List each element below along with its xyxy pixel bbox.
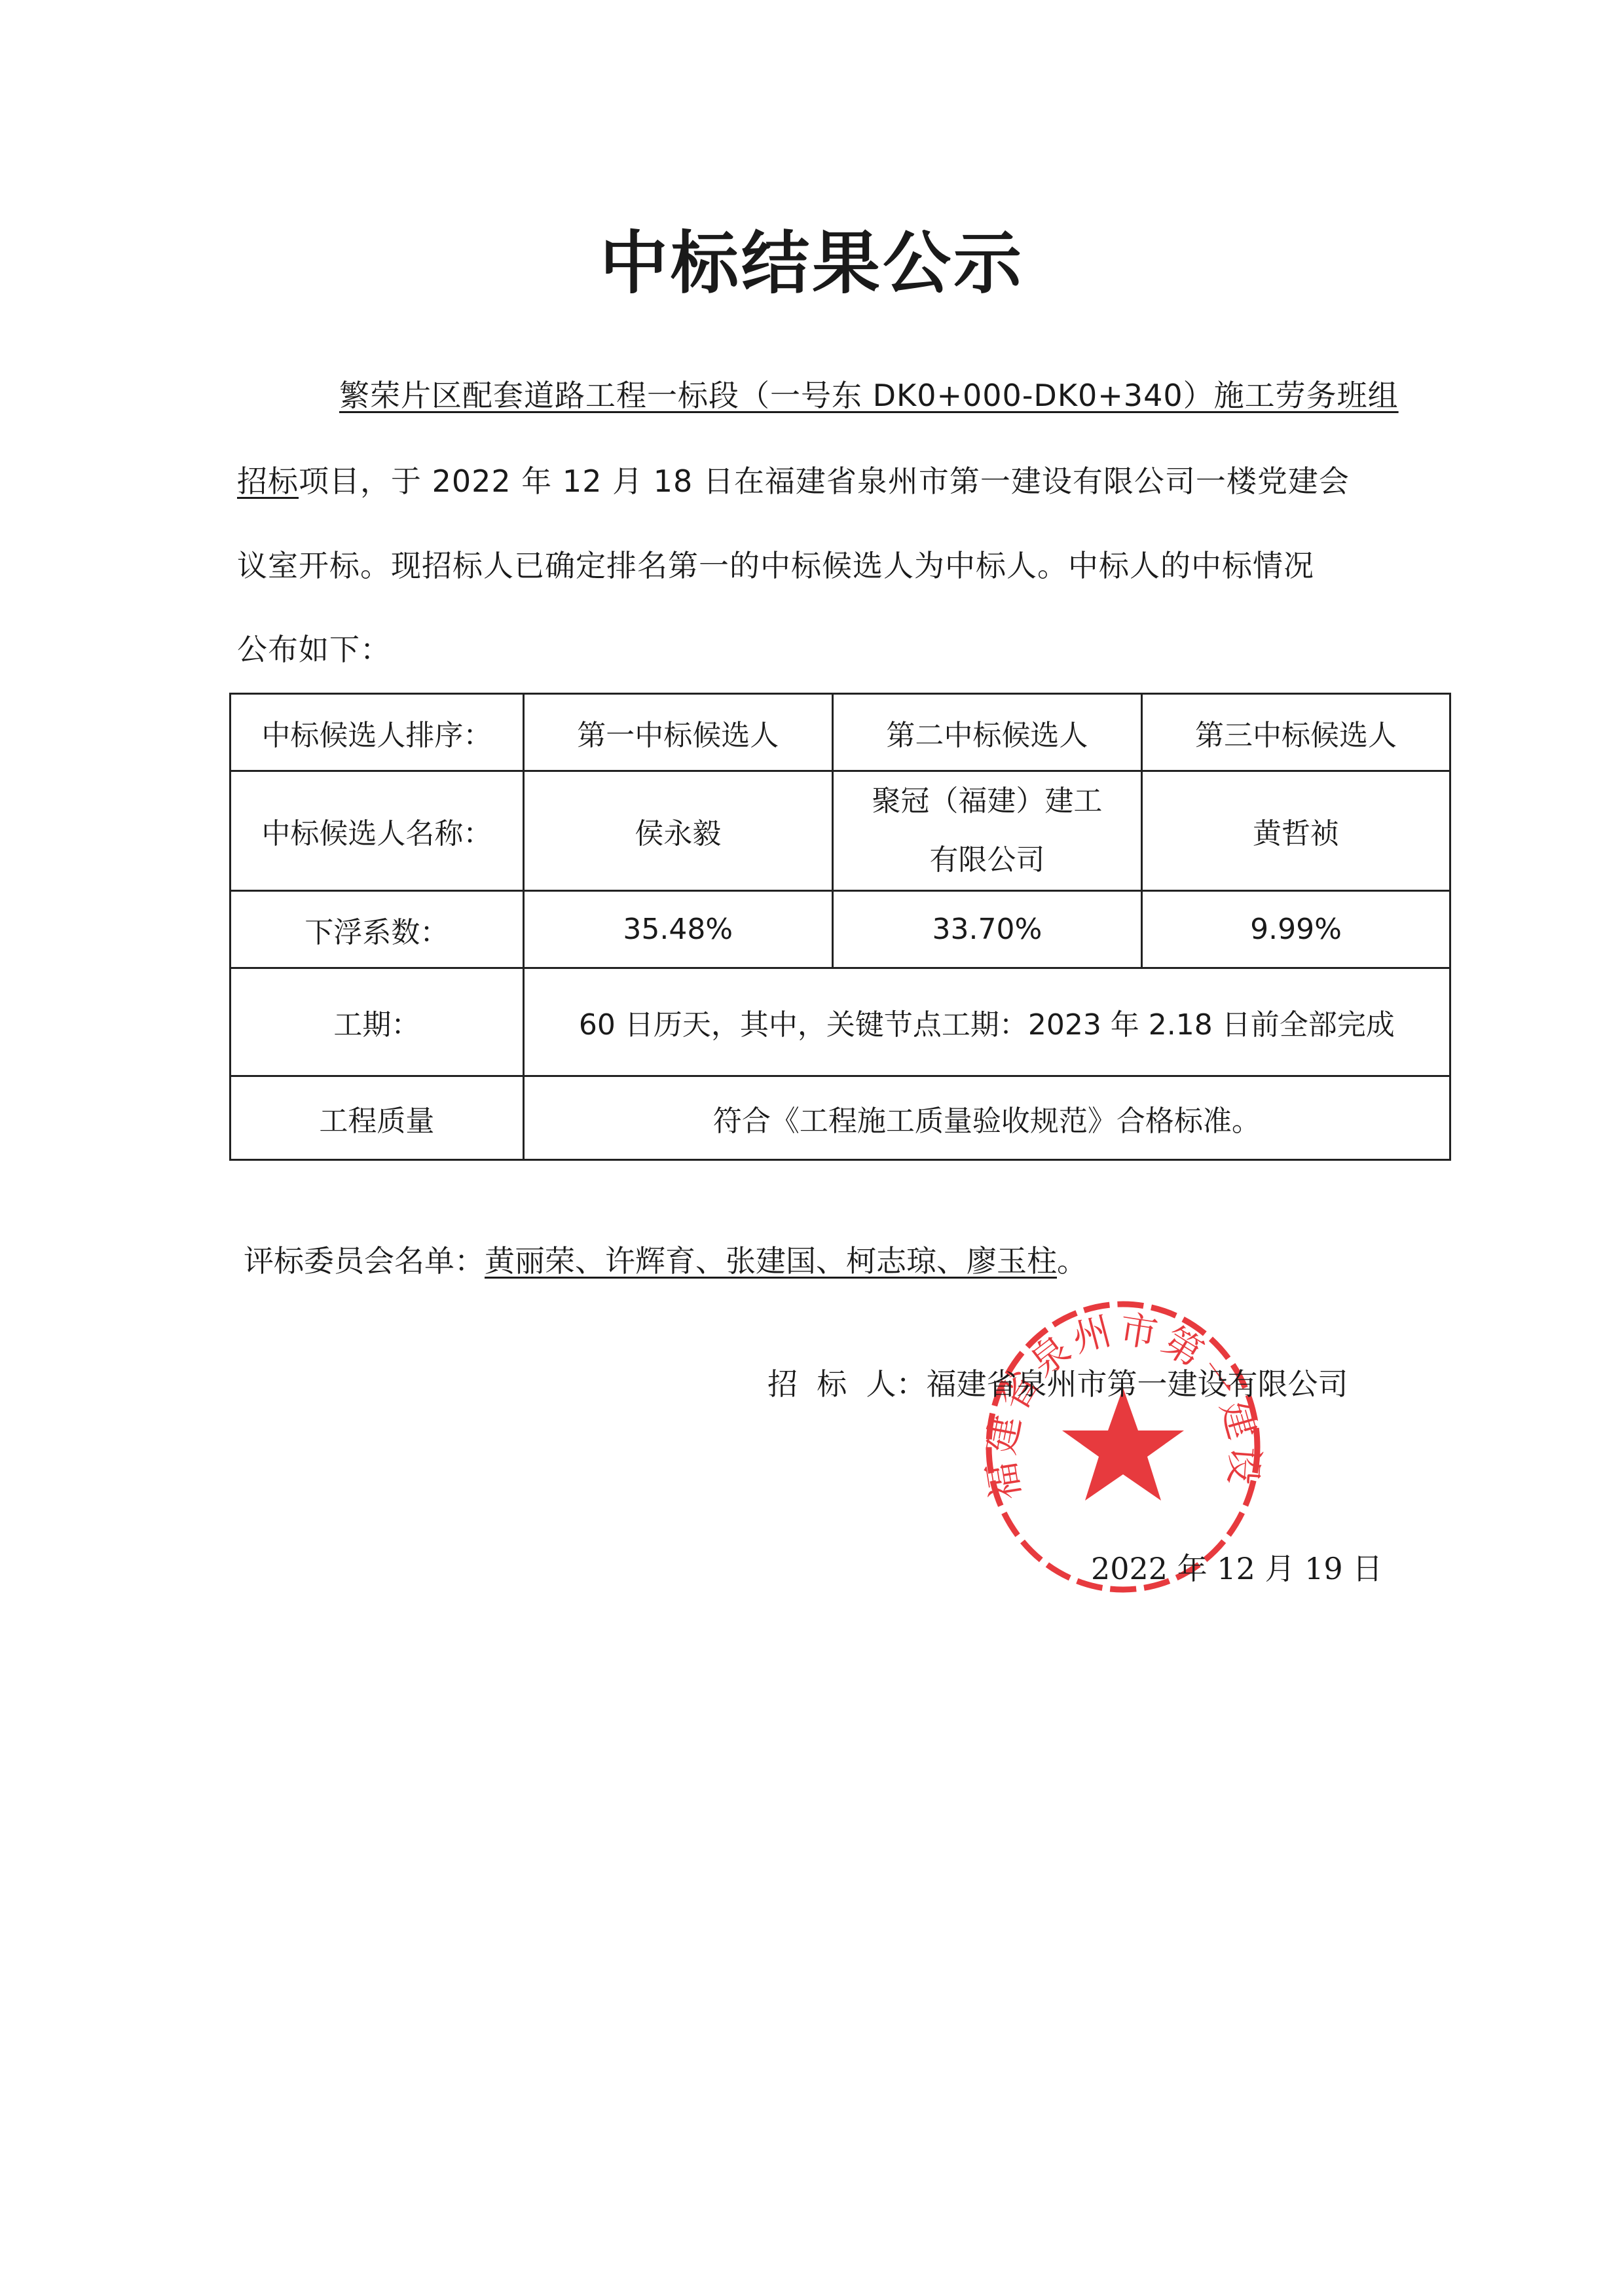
committee-end: 。 bbox=[1057, 1243, 1087, 1279]
table-row-ranking: 中标候选人排序： 第一中标候选人 第二中标候选人 第三中标候选人 bbox=[231, 694, 1450, 771]
table-cell: 60 日历天，其中，关键节点工期：2023 年 2.18 日前全部完成 bbox=[523, 968, 1450, 1076]
signatory-label: 招 标 人： bbox=[767, 1366, 927, 1402]
row-label: 中标候选人排序： bbox=[231, 694, 524, 771]
row-label: 中标候选人名称： bbox=[231, 771, 524, 891]
table-cell: 33.70% bbox=[832, 891, 1141, 968]
page-title: 中标结果公示 bbox=[0, 208, 1624, 306]
row-label: 工程质量 bbox=[231, 1076, 524, 1160]
table-cell: 35.48% bbox=[523, 891, 832, 968]
table-cell: 符合《工程施工质量验收规范》合格标准。 bbox=[523, 1076, 1450, 1160]
table-cell: 第一中标候选人 bbox=[523, 694, 832, 771]
bidding-underlined: 招标 bbox=[237, 464, 299, 499]
table-row-names: 中标候选人名称： 侯永毅 聚冠（福建）建工 有限公司 黄哲祯 bbox=[231, 771, 1450, 891]
committee-members: 黄丽荣、许辉育、张建国、柯志琼、廖玉柱 bbox=[485, 1243, 1057, 1279]
committee-label: 评标委员会名单： bbox=[244, 1243, 485, 1279]
table-cell: 第二中标候选人 bbox=[832, 694, 1141, 771]
signature-date: 2022 年 12 月 19 日 bbox=[1091, 1545, 1382, 1588]
table-cell: 黄哲祯 bbox=[1142, 771, 1450, 891]
row-label: 下浮系数： bbox=[231, 891, 524, 968]
project-name-line: 繁荣片区配套道路工程一标段（一号东 DK0+000-DK0+340）施工劳务班组 bbox=[339, 376, 1399, 415]
table-row-duration: 工期： 60 日历天，其中，关键节点工期：2023 年 2.18 日前全部完成 bbox=[231, 968, 1450, 1076]
company-name-line-2: 有限公司 bbox=[840, 831, 1134, 890]
table-cell: 聚冠（福建）建工 有限公司 bbox=[832, 771, 1141, 891]
signatory-name: 福建省泉州市第一建设有限公司 bbox=[927, 1366, 1348, 1402]
company-name-line-1: 聚冠（福建）建工 bbox=[840, 772, 1134, 831]
table-cell: 9.99% bbox=[1142, 891, 1450, 968]
signatory: 招 标 人：福建省泉州市第一建设有限公司 bbox=[767, 1360, 1348, 1404]
bid-result-table: 中标候选人排序： 第一中标候选人 第二中标候选人 第三中标候选人 中标候选人名称… bbox=[229, 693, 1451, 1161]
table-row-discount: 下浮系数： 35.48% 33.70% 9.99% bbox=[231, 891, 1450, 968]
intro-line-2-text: 项目，于 2022 年 12 月 18 日在福建省泉州市第一建设有限公司一楼党建… bbox=[299, 464, 1350, 499]
intro-line-4: 公布如下： bbox=[237, 630, 391, 669]
table-cell: 侯永毅 bbox=[523, 771, 832, 891]
committee-list: 评标委员会名单：黄丽荣、许辉育、张建国、柯志琼、廖玉柱。 bbox=[244, 1237, 1087, 1281]
table-cell: 第三中标候选人 bbox=[1142, 694, 1450, 771]
intro-line-3: 议室开标。现招标人已确定排名第一的中标候选人为中标人。中标人的中标情况 bbox=[237, 546, 1314, 585]
row-label: 工期： bbox=[231, 968, 524, 1076]
intro-line-2: 招标项目，于 2022 年 12 月 18 日在福建省泉州市第一建设有限公司一楼… bbox=[237, 462, 1350, 501]
table-row-quality: 工程质量 符合《工程施工质量验收规范》合格标准。 bbox=[231, 1076, 1450, 1160]
